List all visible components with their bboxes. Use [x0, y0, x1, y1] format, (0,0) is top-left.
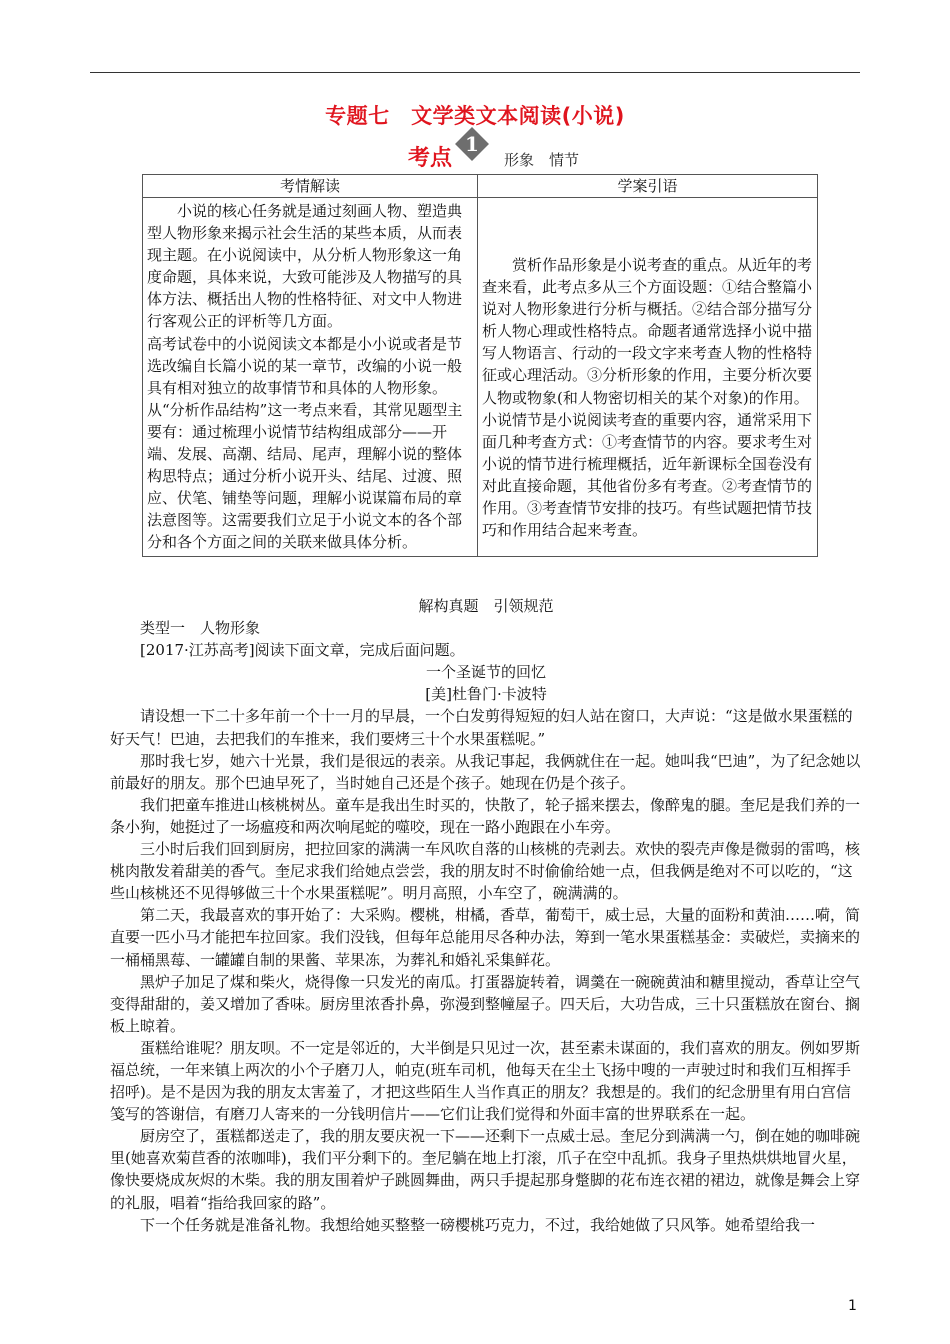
story-title: 一个圣诞节的回忆 [110, 661, 862, 683]
story-paragraph: 黑炉子加足了煤和柴火，烧得像一只发光的南瓜。打蛋器旋转着，调羹在一碗碗黄油和糖里… [110, 971, 862, 1037]
page-number: 1 [848, 1298, 857, 1314]
story-paragraph: 三小时后我们回到厨房，把拉回家的满满一车风吹自落的山核桃的壳剥去。欢快的裂壳声像… [110, 838, 862, 904]
header-rule [90, 72, 860, 73]
story-paragraph: 请设想一下二十多年前一个十一月的早晨，一个白发剪得短短的妇人站在窗口，大声说：“… [110, 705, 862, 749]
kaodian-number: 1 [454, 126, 490, 162]
reading-section: 解构真题 引领规范 类型一 人物形象 [2017·江苏高考]阅读下面文章，完成后… [110, 595, 862, 1236]
guide-table: 考情解读 学案引语 小说的核心任务就是通过刻画人物、塑造典型人物形象来揭示社会生… [142, 174, 818, 557]
source-instruction: [2017·江苏高考]阅读下面文章，完成后面问题。 [110, 639, 862, 661]
number-diamond-icon: 1 [454, 126, 490, 162]
xuean-cell: 赏析作品形象是小说考查的重点。从近年的考查来看，此考点多从三个方面设题：①结合整… [478, 198, 818, 557]
guide-table-body-row: 小说的核心任务就是通过刻画人物、塑造典型人物形象来揭示社会生活的某些本质，从而表… [143, 198, 818, 557]
story-paragraph: 厨房空了，蛋糕都送走了，我的朋友要庆祝一下——还剩下一点威士忌。奎尼分到满满一勺… [110, 1125, 862, 1213]
xuean-paragraph-2: 小说情节是小说阅读考查的重要内容，通常采用下面几种考查方式：①考查情节的内容。要… [482, 409, 813, 542]
kaoqing-paragraph-1: 小说的核心任务就是通过刻画人物、塑造典型人物形象来揭示社会生活的某些本质，从而表… [147, 200, 473, 333]
header-kaoqing: 考情解读 [143, 175, 478, 198]
header-xuean: 学案引语 [478, 175, 818, 198]
guide-table-header-row: 考情解读 学案引语 [143, 175, 818, 198]
kaoqing-paragraph-2: 高考试卷中的小说阅读文本都是小小说或者是节选改编自长篇小说的某一章节，改编的小说… [147, 333, 473, 554]
xuean-paragraph-1: 赏析作品形象是小说考查的重点。从近年的考查来看，此考点多从三个方面设题：①结合整… [482, 254, 813, 409]
story-author: [美]杜鲁门·卡波特 [110, 683, 862, 705]
story-paragraph: 那时我七岁，她六十光景，我们是很远的表亲。从我记事起，我俩就住在一起。她叫我“巴… [110, 750, 862, 794]
section-heading: 解构真题 引领规范 [110, 595, 862, 617]
kaodian-label: 考点 [408, 146, 452, 172]
kaodian-heading: 考点 1 形象 情节 [408, 132, 579, 172]
kaodian-topic: 形象 情节 [504, 148, 579, 172]
story-paragraph: 我们把童车推进山核桃树丛。童车是我出生时买的，快散了，轮子摇来摆去，像醉鬼的腿。… [110, 794, 862, 838]
kaoqing-cell: 小说的核心任务就是通过刻画人物、塑造典型人物形象来揭示社会生活的某些本质，从而表… [143, 198, 478, 557]
story-paragraph: 下一个任务就是准备礼物。我想给她买整整一磅樱桃巧克力，不过，我给她做了只风筝。她… [110, 1214, 862, 1236]
type-label: 类型一 人物形象 [110, 617, 862, 639]
story-paragraph: 蛋糕给谁呢？朋友呗。不一定是邻近的，大半倒是只见过一次，甚至素未谋面的，我们喜欢… [110, 1037, 862, 1125]
story-paragraph: 第二天，我最喜欢的事开始了：大采购。樱桃，柑橘，香草，葡萄干，威士忌，大量的面粉… [110, 904, 862, 970]
